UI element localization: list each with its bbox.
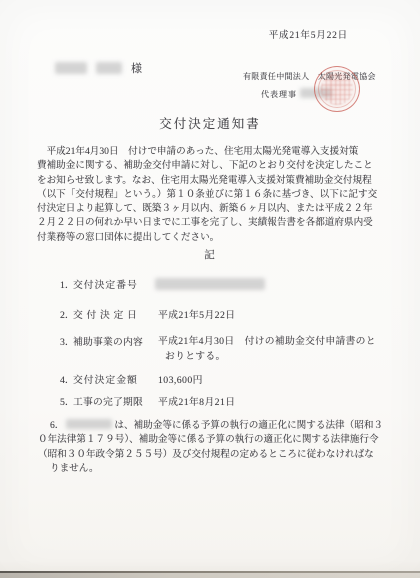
list-item-project-description: 3．補助事業の内容 平成21年4月30日 付けの補助金交付申請書のとおりとする。	[60, 334, 395, 348]
item-value: 平成21年8月21日	[158, 394, 235, 408]
text-line: 費補助金に関する、補助金交付申請に対し、下記のとおり交付を決定したこと	[37, 159, 389, 173]
item6-continuation: ０年法律第１７９号）、補助金等に係る予算の執行の適正化に関する法律施行令（昭和３…	[38, 433, 390, 476]
list-item-grant-decision-date: 2．交付決定日 平成21年5月22日	[60, 307, 395, 321]
list-item-grant-decision-number: 1．交付決定番号	[60, 277, 395, 291]
item-label: 補助事業の内容	[73, 334, 137, 348]
redacted-addressee-given-name	[96, 62, 122, 74]
addressee-honorific: 様	[131, 60, 143, 76]
body-paragraph: 平成21年4月30日 付けで申請のあった、住宅用太陽光発電導入支援対策費補助金に…	[37, 145, 389, 245]
text-line: （昭和３０年政令第２５５号）及び交付規程の定めるところに従わなければな	[38, 448, 390, 462]
item-label: 交付決定金額	[73, 372, 137, 386]
list-item-completion-deadline: 5．工事の完了期限 平成21年8月21日	[60, 394, 395, 408]
text-line: 付業務等の窓口団体に提出してください。	[37, 231, 389, 245]
redacted-addressee-family-name	[55, 62, 87, 74]
item-number: 1．	[60, 277, 73, 291]
scanned-document-page: 平成21年5月22日 様 有限責任中間法人 太陽光発電協会 代表理事 交付決定通…	[0, 0, 420, 578]
text-line: をお知らせ致します。なお、住宅用太陽光発電導入支援対策費補助金交付規程	[37, 174, 389, 188]
addressee-line: 様	[55, 60, 143, 75]
item6-line1-text: は、補助金等に係る予算の執行の適正化に関する法律（昭和３	[114, 420, 383, 431]
document-title: 交付決定通知書	[0, 114, 420, 132]
text-line: おりとする。	[158, 349, 376, 364]
ki-marker: 記	[0, 247, 420, 262]
text-line: 平成21年4月30日 付けの補助金交付申請書のと	[158, 334, 376, 349]
item-label: 交付決定日	[73, 307, 137, 321]
text-line: 平成21年4月30日 付けで申請のあった、住宅用太陽光発電導入支援対策	[37, 145, 389, 159]
item-label: 工事の完了期限	[73, 394, 137, 408]
item-number: 6．	[50, 420, 64, 431]
issuer-representative-title: 代表理事	[261, 89, 297, 100]
item-value-multiline: 平成21年4月30日 付けの補助金交付申請書のとおりとする。	[158, 334, 376, 364]
text-line: ２月２２日の何れか早い日までに工事を完了し、実績報告書を各都道府県内受	[37, 216, 389, 230]
item-number: 5．	[60, 394, 73, 408]
list-item-legal-obligations: 6．は、補助金等に係る予算の執行の適正化に関する法律（昭和３ ０年法律第１７９号…	[38, 419, 390, 477]
text-line: ０年法律第１７９号）、補助金等に係る予算の執行の適正化に関する法律施行令	[38, 433, 390, 447]
text-line: （以下「交付規程」という。）第１０条並びに第１６条に基づき、以下に記す交	[37, 188, 389, 202]
item-number: 4．	[60, 372, 73, 386]
item-value: 平成21年5月22日	[158, 307, 235, 321]
document-date: 平成21年5月22日	[269, 27, 348, 41]
scan-bottom-edge-strip	[0, 573, 420, 578]
item-label: 交付決定番号	[73, 277, 137, 291]
text-line: りません。	[38, 462, 390, 476]
item-value: 103,600円	[158, 372, 203, 386]
item6-first-line: 6．は、補助金等に係る予算の執行の適正化に関する法律（昭和３	[38, 419, 390, 433]
redacted-recipient-name	[66, 419, 112, 429]
official-seal-stamp-icon	[314, 66, 360, 112]
list-item-grant-amount: 4．交付決定金額 103,600円	[60, 372, 395, 386]
text-line: 付決定日より起算して、既築３ヶ月以内、新築６ヶ月以内、または平成２２年	[37, 202, 389, 216]
redacted-grant-decision-number	[155, 278, 265, 290]
item-number: 3．	[60, 334, 73, 348]
item-number: 2．	[60, 307, 73, 321]
